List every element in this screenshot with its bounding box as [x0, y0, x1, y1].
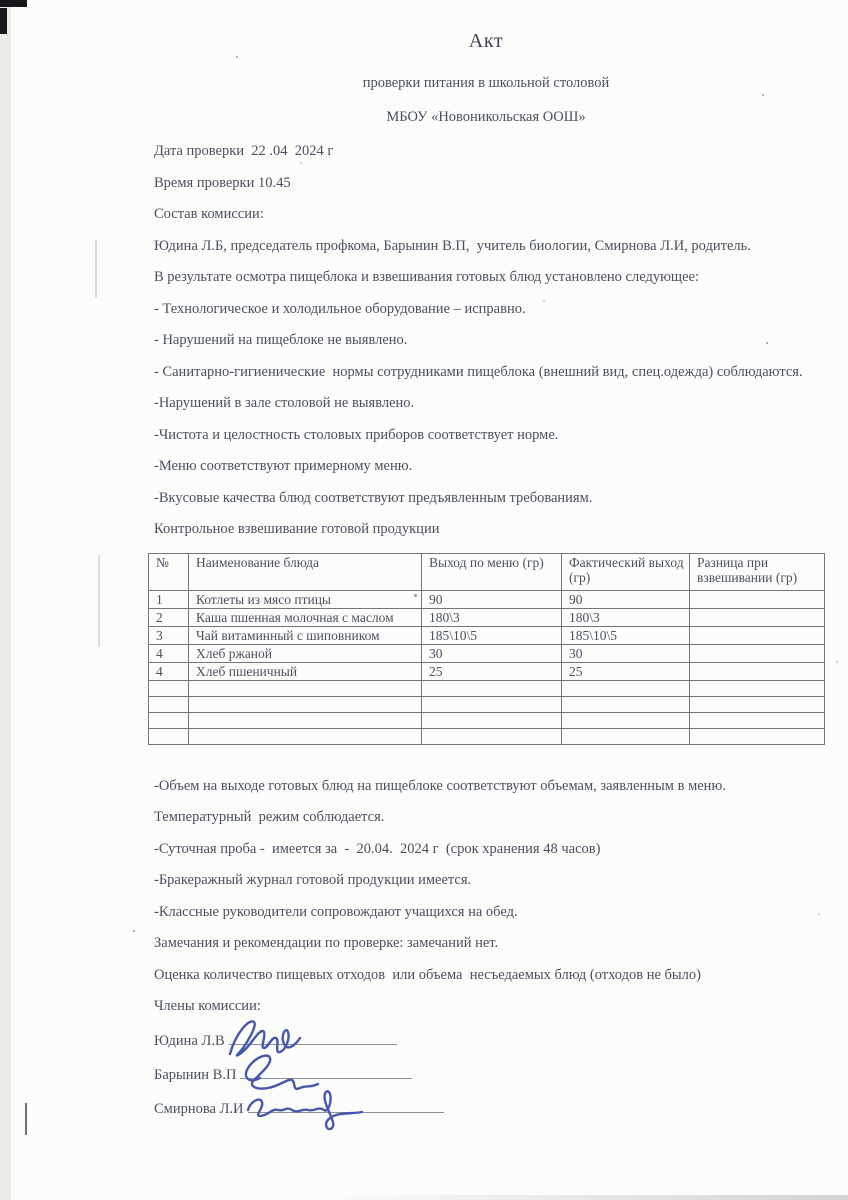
table-cell — [149, 680, 189, 696]
column-header-menu-weight: Выход по меню (гр) — [422, 553, 562, 590]
table-cell: Хлеб ржаной — [189, 644, 422, 662]
table-cell — [422, 728, 562, 744]
scan-mark — [25, 1103, 27, 1135]
table-cell — [690, 590, 825, 608]
document-title: Акт — [148, 30, 824, 53]
table-cell: 3 — [149, 626, 189, 644]
document-subtitle-org: МБОУ «Новоникольская ООШ» — [148, 109, 824, 126]
table-cell — [189, 712, 422, 728]
signatory-name: Юдина Л.В — [154, 1033, 225, 1050]
paragraph-conclusion: Температурный режим соблюдается. — [148, 809, 824, 825]
signature-row: Барынин В.П — [148, 1064, 824, 1098]
paragraph-commission-members: Юдина Л.Б, председатель профкома, Барыни… — [148, 238, 824, 254]
table-cell: 25 — [562, 662, 690, 680]
table-cell: 25 — [422, 662, 562, 680]
table-row: 2 Каша пшенная молочная с маслом 180\3 1… — [149, 608, 825, 626]
table-cell: Хлеб пшеничный — [189, 662, 422, 680]
signature-line — [248, 1098, 444, 1113]
table-cell: 30 — [562, 644, 690, 662]
table-cell — [690, 644, 825, 662]
column-header-actual-weight: Фактический выход (гр) — [562, 553, 690, 590]
paragraph-conclusion: -Классные руководители сопровождают учащ… — [148, 904, 824, 920]
paragraph-finding: - Нарушений на пищеблоке не выявлено. — [148, 332, 824, 348]
table-cell — [422, 696, 562, 712]
signature-row: Юдина Л.В — [148, 1030, 824, 1064]
paragraph-finding: -Чистота и целостность столовых приборов… — [148, 427, 824, 443]
table-cell — [422, 712, 562, 728]
paragraph-finding: -Вкусовые качества блюд соответствуют пр… — [148, 490, 824, 506]
scanned-document-page: Акт проверки питания в школьной столовой… — [0, 0, 848, 1200]
paragraph-commission-heading: Состав комиссии: — [148, 206, 824, 222]
paragraph-finding: -Нарушений в зале столовой не выявлено. — [148, 395, 824, 411]
table-cell — [690, 626, 825, 644]
table-cell: 185\10\5 — [562, 626, 690, 644]
table-cell — [562, 696, 690, 712]
weighing-table: № Наименование блюда Выход по меню (гр) … — [148, 553, 825, 745]
column-header-difference: Разница при взвешивании (гр) — [690, 553, 825, 590]
scan-smudge — [95, 240, 97, 298]
table-cell — [690, 662, 825, 680]
scan-speck — [836, 661, 838, 663]
table-cell — [189, 696, 422, 712]
table-row-empty — [149, 712, 825, 728]
table-header-row: № Наименование блюда Выход по меню (гр) … — [149, 553, 825, 590]
table-row-empty — [149, 680, 825, 696]
table-cell: 2 — [149, 608, 189, 626]
table-cell: 90 — [562, 590, 690, 608]
paragraph-finding: - Технологическое и холодильное оборудов… — [148, 301, 824, 317]
table-cell: 185\10\5 — [422, 626, 562, 644]
scan-smudge — [98, 555, 100, 647]
paragraph-findings-intro: В результате осмотра пищеблока и взвешив… — [148, 269, 824, 285]
paragraph-remarks: Замечания и рекомендации по проверке: за… — [148, 935, 824, 951]
table-cell — [562, 728, 690, 744]
table-cell — [189, 728, 422, 744]
paragraph-finding: - Санитарно-гигиенические нормы сотрудни… — [148, 364, 824, 380]
table-cell — [149, 712, 189, 728]
table-row-empty — [149, 696, 825, 712]
table-cell: 4 — [149, 662, 189, 680]
table-cell — [562, 712, 690, 728]
scan-edge-strip — [0, 0, 11, 1200]
table-cell: Котлеты из мясо птицы — [189, 590, 422, 608]
paragraph-conclusion: -Объем на выходе готовых блюд на пищебло… — [148, 778, 824, 794]
column-header-dish: Наименование блюда — [189, 553, 422, 590]
document-content: Акт проверки питания в школьной столовой… — [148, 30, 824, 1132]
table-cell: 4 — [149, 644, 189, 662]
paragraph-waste-assessment: Оценка количество пищевых отходов или об… — [148, 967, 824, 983]
column-header-number: № — [149, 553, 189, 590]
table-row: 4 Хлеб пшеничный 25 25 — [149, 662, 825, 680]
table-cell: 180\3 — [562, 608, 690, 626]
scan-corner-mark — [0, 8, 7, 34]
paragraph-conclusion: -Суточная проба - имеется за - 20.04. 20… — [148, 841, 824, 857]
table-cell — [189, 680, 422, 696]
table-cell — [690, 608, 825, 626]
signature-row: Смирнова Л.И — [148, 1098, 824, 1132]
signature-line — [240, 1064, 412, 1079]
table-row: 4 Хлеб ржаной 30 30 — [149, 644, 825, 662]
table-cell — [690, 728, 825, 744]
table-cell — [149, 696, 189, 712]
table-cell: 180\3 — [422, 608, 562, 626]
table-row-empty — [149, 728, 825, 744]
table-cell — [690, 680, 825, 696]
table-cell — [690, 696, 825, 712]
table-cell — [422, 680, 562, 696]
table-cell — [149, 728, 189, 744]
table-cell: 1 — [149, 590, 189, 608]
signatory-name: Барынин В.П — [154, 1067, 236, 1084]
paragraph-finding: -Меню соответствуют примерному меню. — [148, 458, 824, 474]
signature-line — [229, 1030, 397, 1045]
table-cell — [562, 680, 690, 696]
table-cell: 30 — [422, 644, 562, 662]
table-cell: Чай витаминный с шиповником — [189, 626, 422, 644]
table-cell — [690, 712, 825, 728]
scan-shadow — [320, 1195, 848, 1200]
scan-corner-mark — [0, 0, 27, 7]
paragraph-inspection-date: Дата проверки 22 .04 2024 г — [148, 143, 824, 159]
table-cell: 90 — [422, 590, 562, 608]
document-subtitle: проверки питания в школьной столовой — [148, 75, 824, 92]
signatory-name: Смирнова Л.И — [154, 1101, 244, 1118]
scan-speck — [133, 930, 135, 932]
table-cell: Каша пшенная молочная с маслом — [189, 608, 422, 626]
paragraph-table-caption: Контрольное взвешивание готовой продукци… — [148, 521, 824, 537]
paragraph-inspection-time: Время проверки 10.45 — [148, 175, 824, 191]
table-row: 1 Котлеты из мясо птицы 90 90 — [149, 590, 825, 608]
paragraph-members-heading: Члены комиссии: — [148, 998, 824, 1014]
table-row: 3 Чай витаминный с шиповником 185\10\5 1… — [149, 626, 825, 644]
paragraph-conclusion: -Бракеражный журнал готовой продукции им… — [148, 872, 824, 888]
conclusions-block: -Объем на выходе готовых блюд на пищебло… — [148, 778, 824, 1015]
